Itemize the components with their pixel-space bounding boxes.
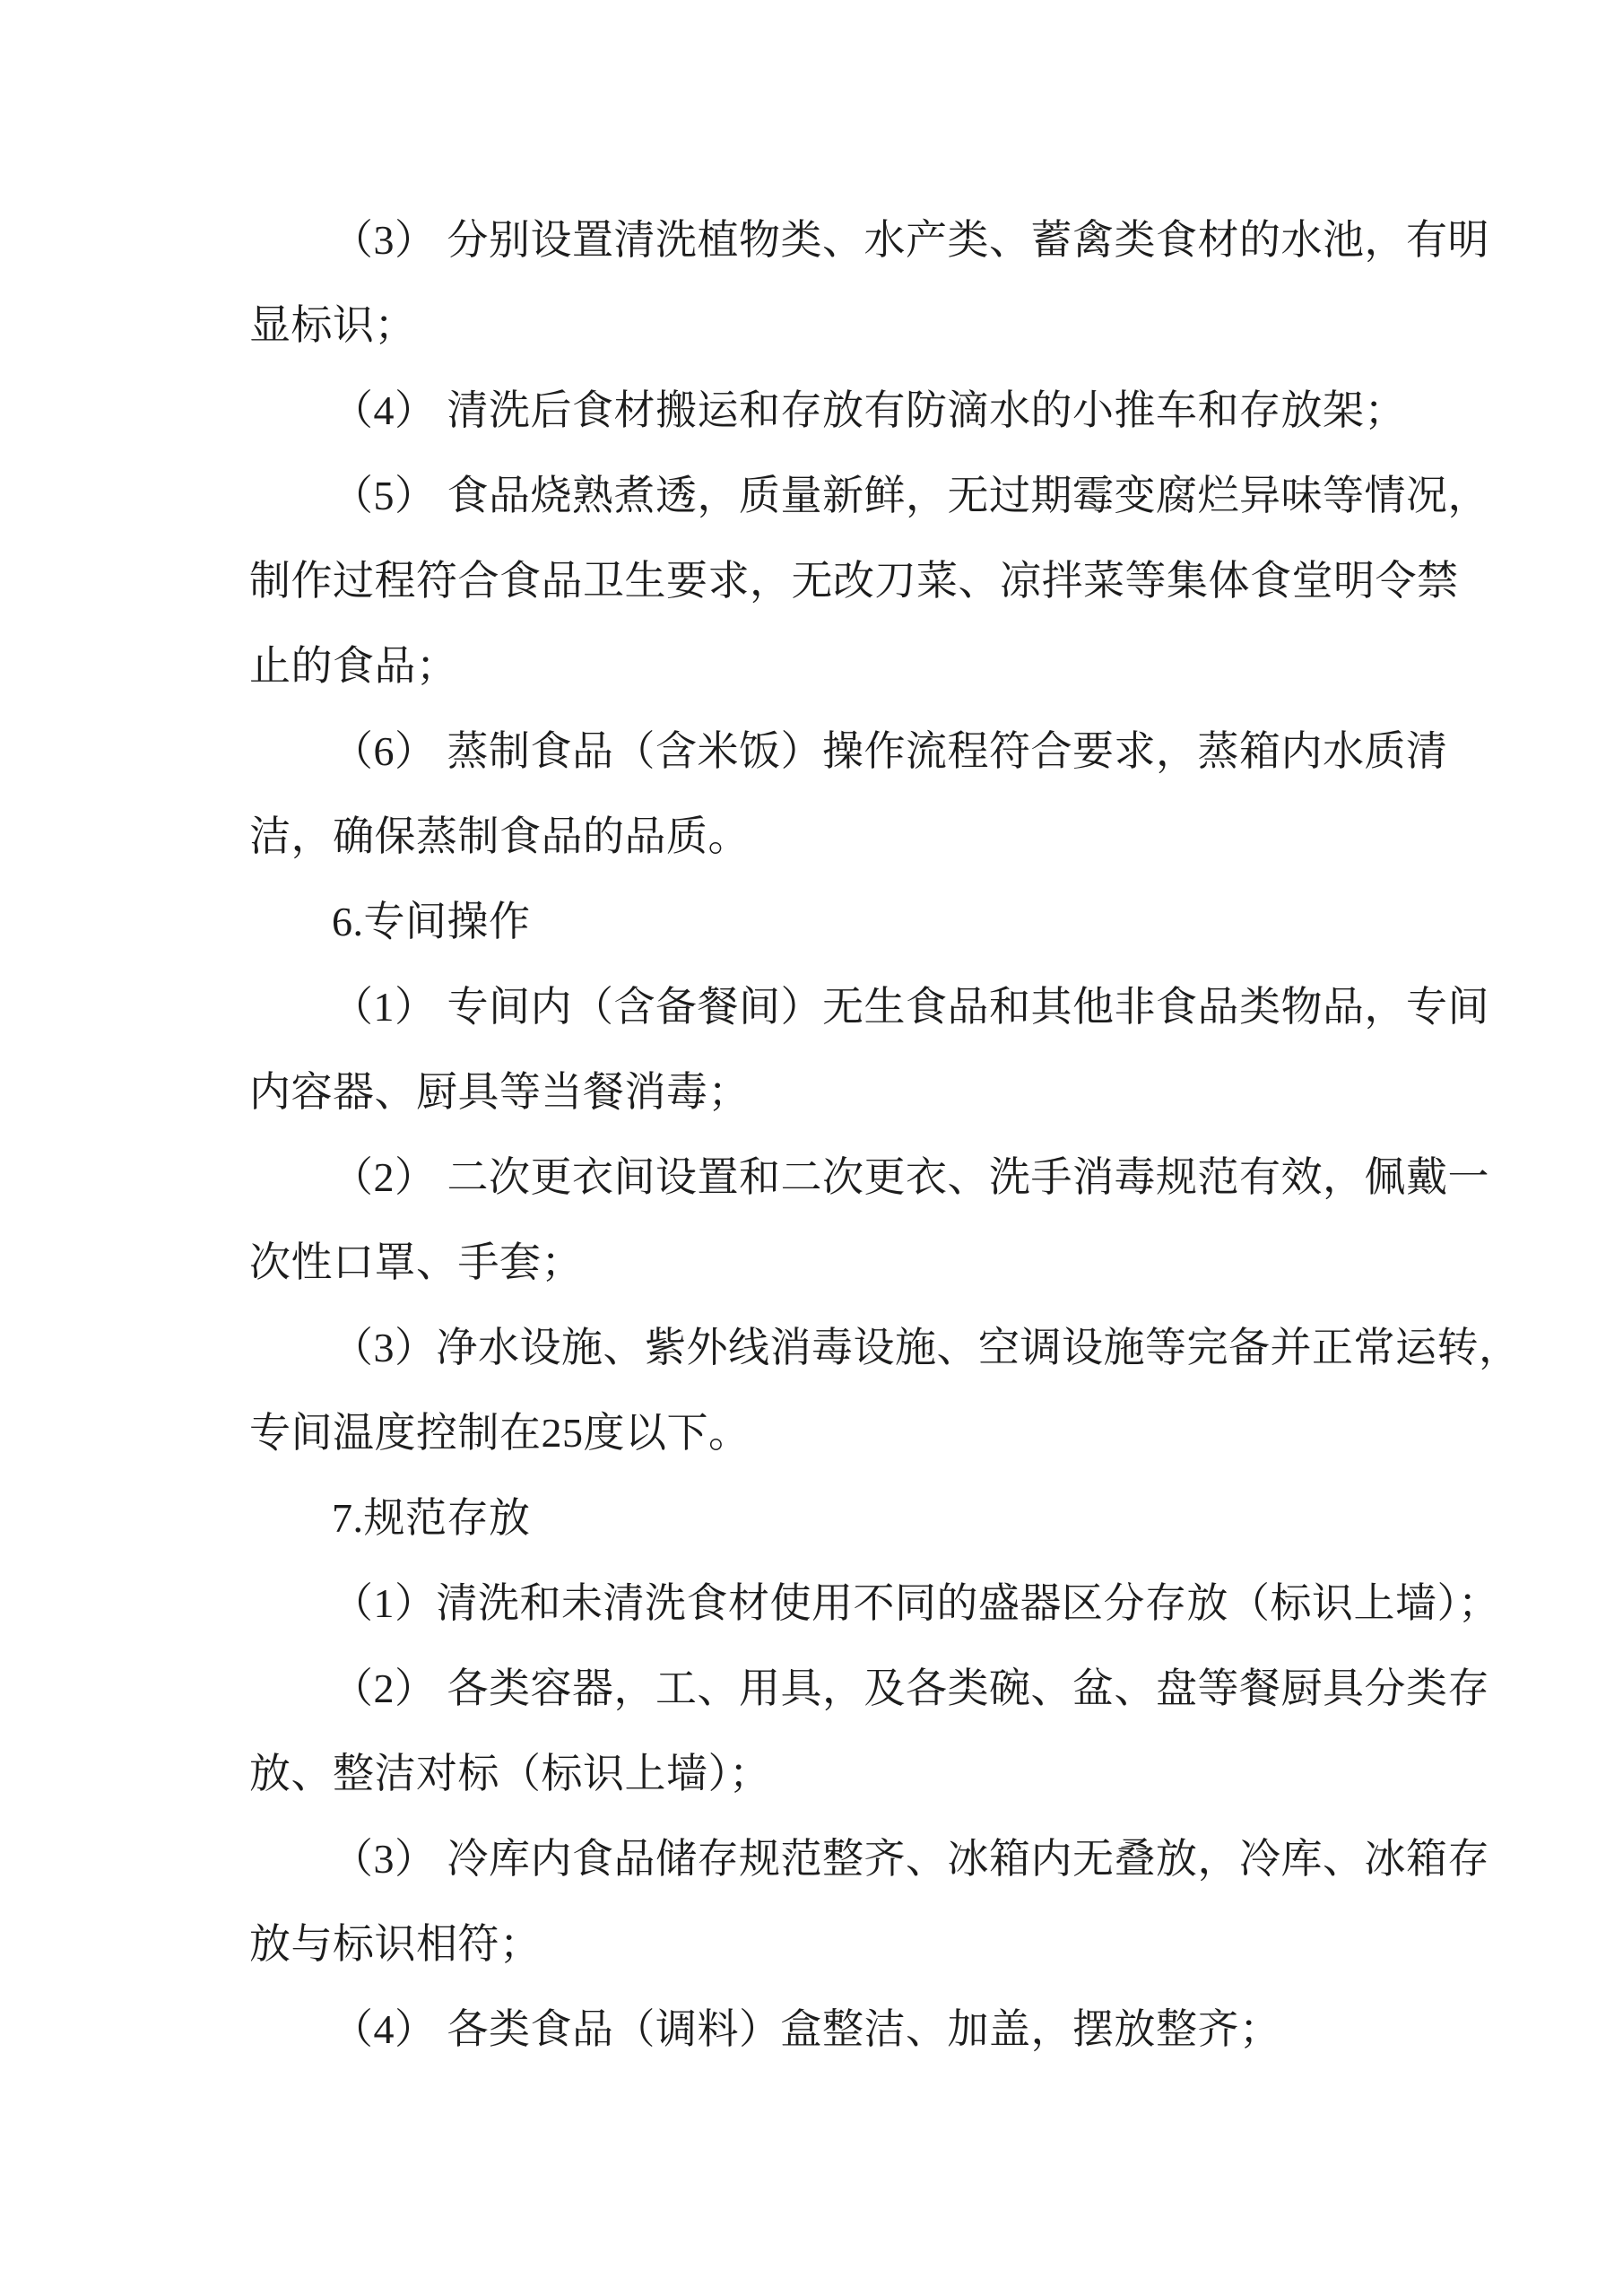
text-line: 专间温度控制在25度以下。 [249, 1390, 1415, 1475]
text-line: 放、整洁对标（标识上墙）； [249, 1731, 1415, 1816]
text-line: 止的食品； [249, 623, 1415, 709]
text-line: （2） 各类容器，工、用具，及各类碗、盆、盘等餐厨具分类存 [249, 1646, 1415, 1731]
document-text-block: （3） 分别设置清洗植物类、水产类、蓄禽类食材的水池，有明显标识；（4） 清洗后… [249, 197, 1415, 2072]
text-line: （5） 食品烧熟煮透，质量新鲜，无过期霉变腐烂异味等情况， [249, 453, 1415, 538]
text-line: （4） 清洗后食材搬运和存放有防滴水的小推车和存放架； [249, 368, 1415, 453]
text-line: （4） 各类食品（调料）盒整洁、加盖，摆放整齐； [249, 1987, 1415, 2072]
text-line: 内容器、厨具等当餐消毒； [249, 1049, 1415, 1135]
text-line: 制作过程符合食品卫生要求，无改刀菜、凉拌菜等集体食堂明令禁 [249, 538, 1415, 623]
text-line: 6.专间操作 [249, 879, 1415, 964]
text-line: 显标识； [249, 283, 1415, 368]
document-page: （3） 分别设置清洗植物类、水产类、蓄禽类食材的水池，有明显标识；（4） 清洗后… [0, 0, 1623, 2296]
text-line: （3） 冷库内食品储存规范整齐、冰箱内无叠放，冷库、冰箱存 [249, 1816, 1415, 1901]
text-line: （3） 分别设置清洗植物类、水产类、蓄禽类食材的水池，有明 [249, 197, 1415, 283]
text-line: （2） 二次更衣间设置和二次更衣、洗手消毒规范有效，佩戴一 [249, 1135, 1415, 1220]
text-line: （1）清洗和未清洗食材使用不同的盛器区分存放（标识上墙）； [249, 1561, 1415, 1646]
text-line: 洁，确保蒸制食品的品质。 [249, 794, 1415, 879]
text-line: （6） 蒸制食品（含米饭）操作流程符合要求，蒸箱内水质清 [249, 709, 1415, 794]
text-line: （3）净水设施、紫外线消毒设施、空调设施等完备并正常运转， [249, 1305, 1415, 1390]
text-line: （1） 专间内（含备餐间）无生食品和其他非食品类物品，专间 [249, 964, 1415, 1049]
text-line: 放与标识相符； [249, 1901, 1415, 1987]
text-line: 7.规范存放 [249, 1475, 1415, 1561]
text-line: 次性口罩、手套； [249, 1220, 1415, 1305]
